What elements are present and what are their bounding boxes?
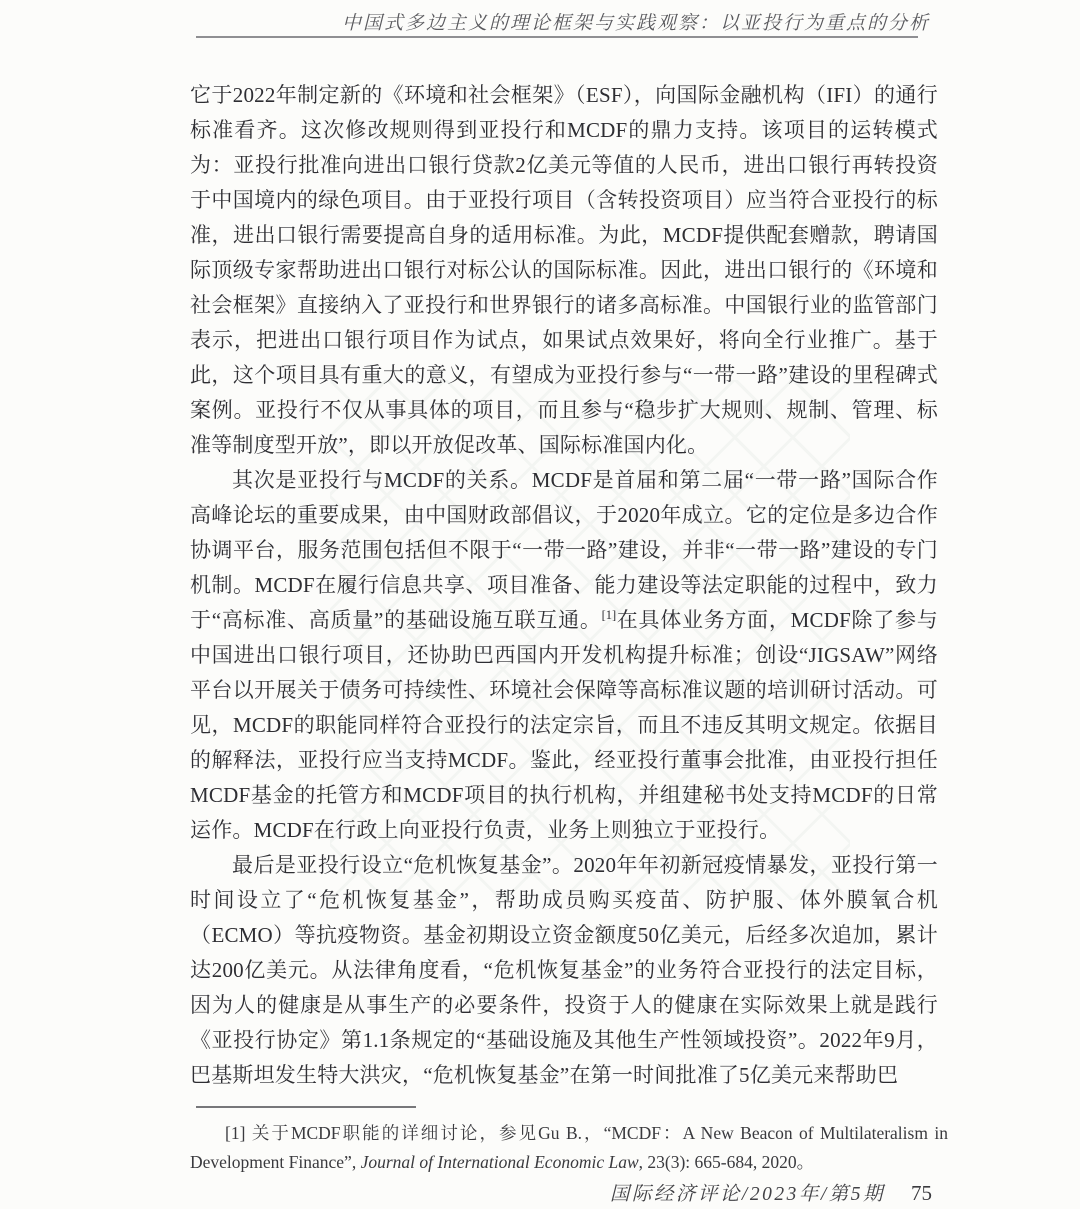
paragraph-2-text-after-note: 在具体业务方面，MCDF除了参与中国进出口银行项目，还协助巴西国内开发机构提升标… [190,608,938,842]
footnote: [1] 关于MCDF职能的详细讨论，参见Gu B.，“MCDF：A New Be… [190,1119,948,1177]
footnote-reference-marker: [1] [602,608,617,622]
paragraph-1: 它于2022年制定新的《环境和社会框架》（ESF），向国际金融机构（IFI）的通… [190,78,938,463]
header-rule [196,36,918,38]
running-header-title: 中国式多边主义的理论框架与实践观察：以亚投行为重点的分析 [190,8,930,35]
article-body: 它于2022年制定新的《环境和社会框架》（ESF），向国际金融机构（IFI）的通… [190,78,938,1093]
footer-page-number: 75 [911,1181,932,1206]
footnote-journal-title: Journal of International Economic Law [361,1152,639,1172]
footer-journal-info: 国际经济评论/2023年/第5期 [610,1184,885,1205]
paragraph-3: 最后是亚投行设立“危机恢复基金”。2020年年初新冠疫情暴发，亚投行第一时间设立… [190,848,938,1093]
paragraph-2: 其次是亚投行与MCDF的关系。MCDF是首届和第二届“一带一路”国际合作高峰论坛… [190,463,938,848]
page-footer: 国际经济评论/2023年/第5期75 [190,1178,932,1206]
footnote-separator [196,1106,416,1108]
footnote-citation-tail: , 23(3): 665-684, 2020。 [639,1152,814,1172]
journal-page: 中国式多边主义的理论框架与实践观察：以亚投行为重点的分析 它于2022年制定新的… [0,0,1080,1209]
